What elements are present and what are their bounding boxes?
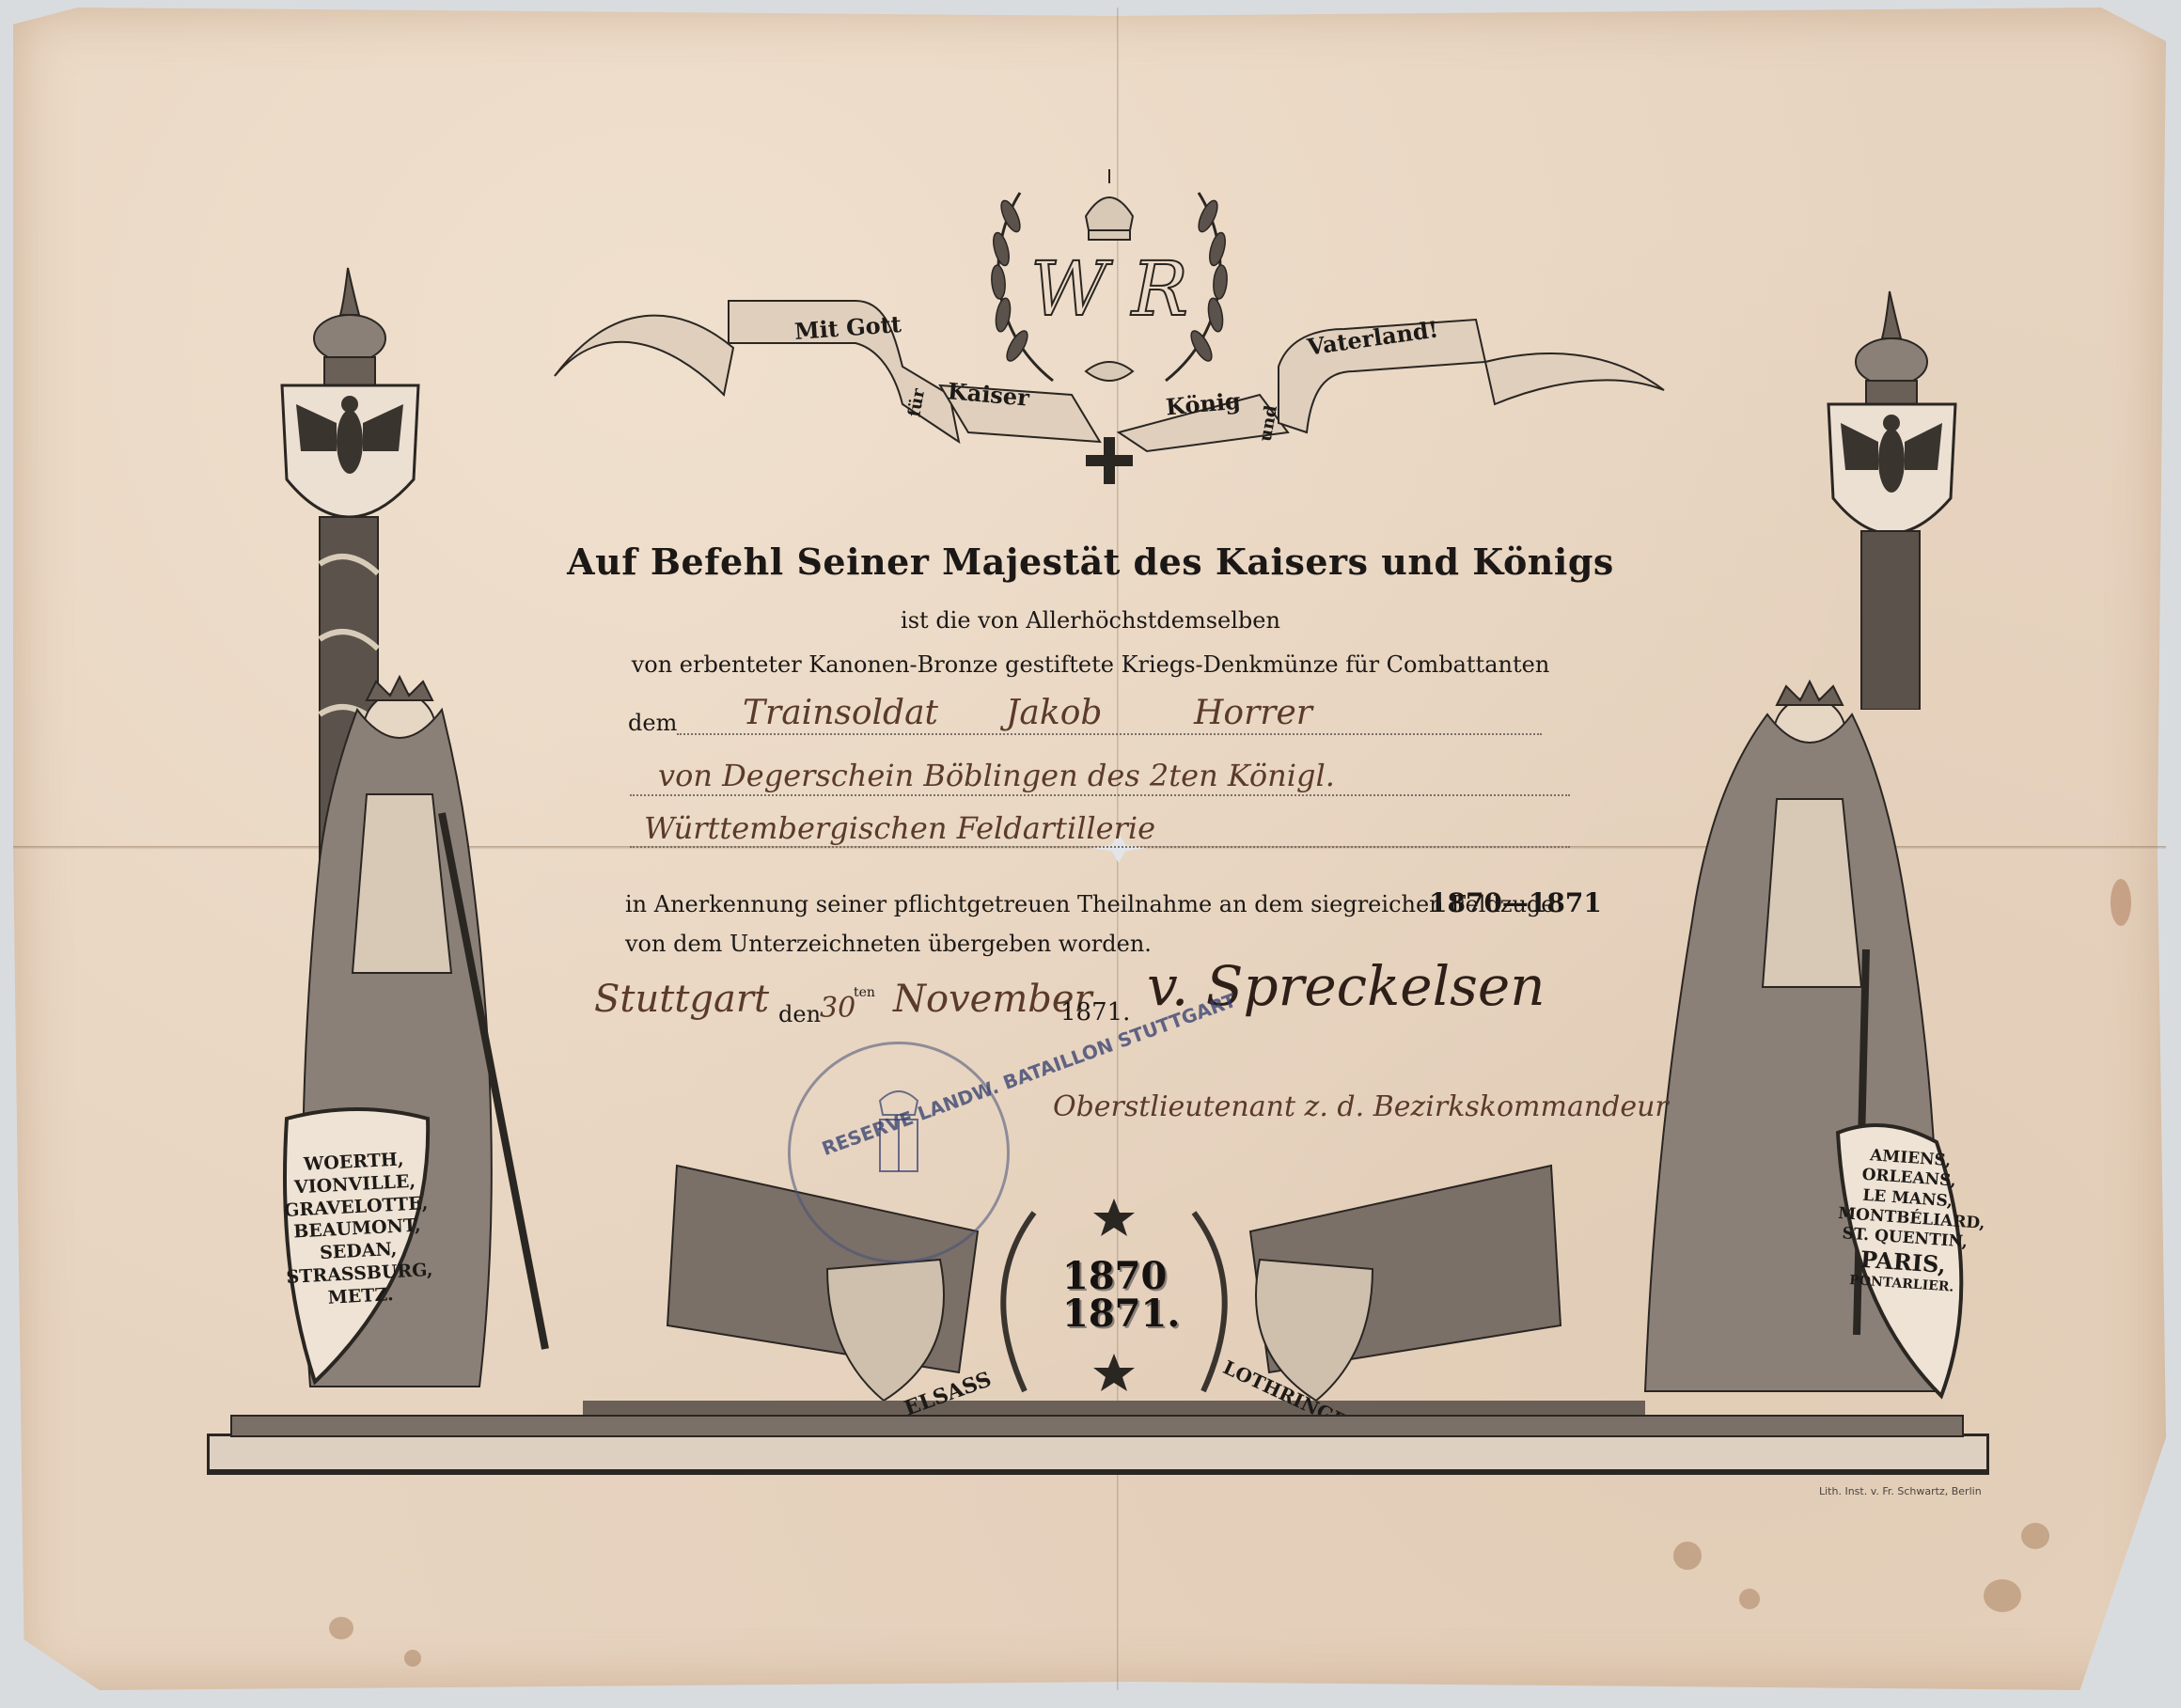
recipient-first-name: Jakob: [1006, 694, 1102, 732]
recipient-unit-line-2: Württembergischen Feldartillerie: [644, 810, 1155, 846]
date-day-suffix: ten: [854, 985, 875, 1000]
stain: [1739, 1589, 1760, 1609]
plinth-top: [230, 1415, 1964, 1437]
year-1871: 1871.: [1062, 1295, 1156, 1333]
certificate-title: Auf Befehl Seiner Majestät des Kaisers u…: [0, 541, 2181, 583]
certificate-line-2: ist die von Allerhöchstdemselben: [0, 607, 2181, 634]
place: Stuttgart: [594, 978, 769, 1021]
stain: [329, 1617, 353, 1639]
svg-text:W R: W R: [1030, 245, 1188, 333]
campaign-years: 1870—1871: [1429, 887, 1602, 918]
center-years: 1870 1871.: [1062, 1258, 1156, 1333]
stain: [1984, 1579, 2021, 1612]
recipient-rank: Trainsoldat: [743, 694, 938, 732]
printer-credit: Lith. Inst. v. Fr. Schwartz, Berlin: [1819, 1485, 1982, 1497]
elsass-coat-of-arms: [827, 1260, 944, 1401]
date-day: 30: [820, 992, 855, 1025]
recognition-line: in Anerkennung seiner pflichtgetreuen Th…: [625, 891, 1555, 917]
date-label: den: [778, 1001, 821, 1027]
recipient-line: [677, 733, 1542, 735]
left-shield-battles: WOERTH, VIONVILLE, GRAVELOTTE, BEAUMONT,…: [278, 1148, 436, 1311]
date-year: 1871.: [1060, 998, 1130, 1026]
official-stamp: RESERVE LANDW. BATAILLON STUTTGART: [788, 1042, 1010, 1263]
stain: [2021, 1523, 2049, 1549]
stain: [2110, 879, 2131, 926]
recipient-unit-line-1: von Degerschein Böblingen des 2ten König…: [658, 758, 1335, 793]
laurel-right: [1194, 1213, 1225, 1391]
recipient-surname: Horrer: [1194, 694, 1312, 732]
unit-line-1: [630, 794, 1570, 796]
star-icon: [1093, 1354, 1135, 1391]
unit-line-2: [630, 846, 1570, 848]
recipient-label: dem: [628, 710, 677, 736]
laurel-left: [1003, 1213, 1034, 1391]
stain: [404, 1650, 421, 1667]
signatory-title: Oberstlieutenant z. d. Bezirkskommandeur: [1053, 1090, 1669, 1123]
certificate-line-3: von erbenteter Kanonen-Bronze gestiftete…: [0, 651, 2181, 678]
handed-over-line: von dem Unterzeichneten übergeben worden…: [625, 931, 1152, 957]
star-icon: [1093, 1199, 1135, 1236]
year-1870: 1870: [1062, 1258, 1156, 1295]
right-column: [1814, 287, 1974, 710]
right-shield-battles: AMIENS, ORLEANS, LE MANS, MONTBÉLIARD, S…: [1833, 1144, 1979, 1297]
stain: [1673, 1542, 1702, 1570]
header-emblem: W R: [545, 160, 1673, 498]
plinth: [207, 1434, 1989, 1475]
